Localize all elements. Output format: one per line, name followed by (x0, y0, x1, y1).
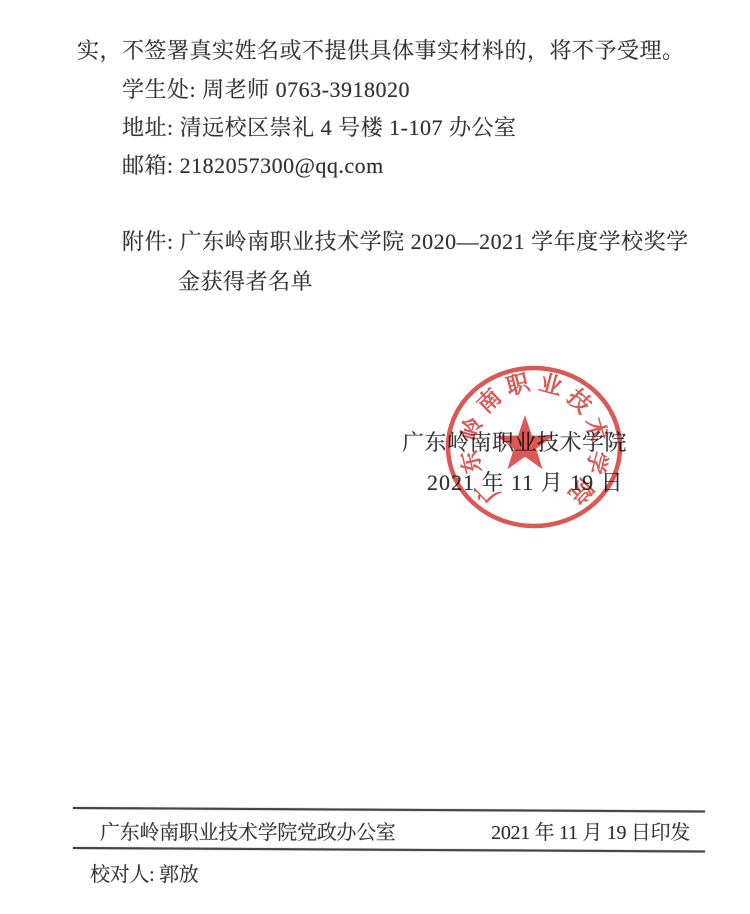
footer-proofreader-line: 校对人: 郭放 (90, 865, 198, 885)
footer-issuing-office: 广东岭南职业技术学院党政办公室 (100, 823, 396, 843)
seal-ring-char: 学 (581, 448, 612, 477)
attachment-line-1: 附件: 广东岭南职业技术学院 2020—2021 学年度学校奖学 (122, 231, 689, 253)
attachment-line-2: 金获得者名单 (178, 271, 313, 293)
seal-ring-char: 岭 (456, 414, 487, 443)
seal-ring-char: 职 (504, 370, 534, 400)
seal-ring-char: 东 (457, 448, 487, 476)
footer-print-date: 2021 年 11 月 19 日印发 (491, 823, 690, 843)
seal-ring-char: 业 (536, 370, 565, 400)
footer-rule-top (73, 807, 705, 813)
scanned-document-page: 实，不签署真实姓名或不提供具体事实材料的，将不予受理。 学生处: 周老师 076… (0, 0, 750, 914)
official-seal-stamp: 广 东 岭 南 职 业 技 术 学 院 (424, 347, 644, 547)
contact-department-line: 学生处: 周老师 0763-3918020 (122, 79, 410, 101)
star-icon (497, 415, 554, 469)
seal-ring-char: 术 (580, 414, 611, 444)
contact-email-line: 邮箱: 2182057300@qq.com (122, 155, 384, 177)
body-continuation-line: 实，不签署真实姓名或不提供具体事实材料的，将不予受理。 (77, 40, 685, 62)
footer-rule-bottom (73, 847, 705, 853)
contact-address-line: 地址: 清远校区崇礼 4 号楼 1-107 办公室 (122, 117, 516, 139)
